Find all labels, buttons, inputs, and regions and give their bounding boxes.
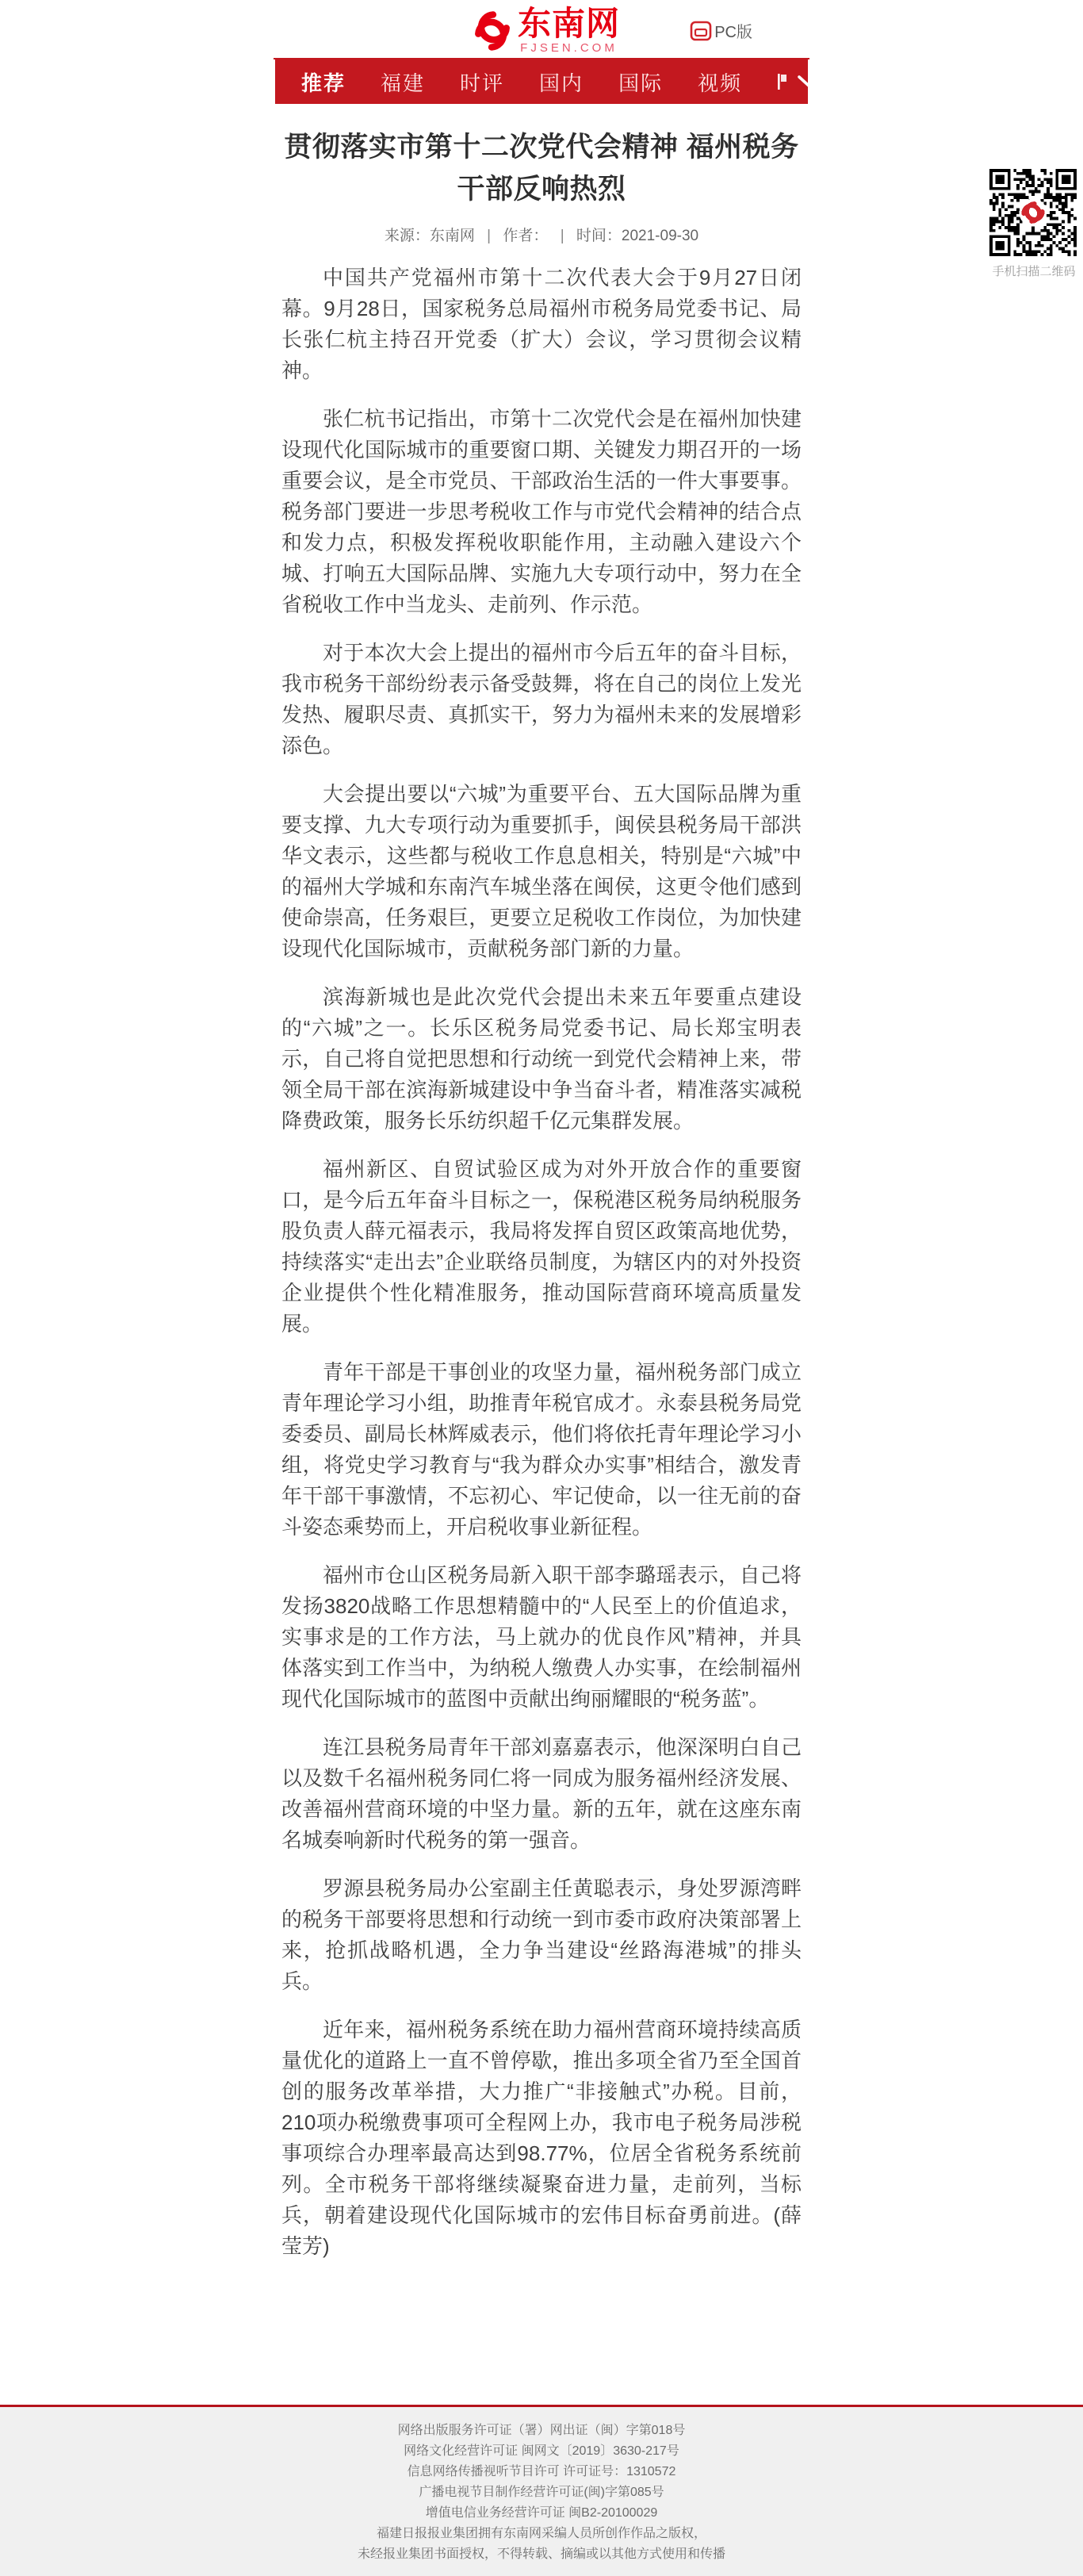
article-paragraph: 大会提出要以“六城”为重要平台、五大国际品牌为重要支撑、九大专项行动为重要抓手，… bbox=[281, 779, 802, 964]
qr-code bbox=[989, 169, 1077, 256]
site-logo[interactable]: 东南网 FJSEN.COM bbox=[470, 7, 620, 55]
meta-time: 时间：2021-09-30 bbox=[576, 228, 698, 244]
nav-expand-button[interactable] bbox=[777, 74, 821, 90]
site-footer: 网络出版服务许可证（署）网出证（闽）字第018号网络文化经营许可证 闽网文〔20… bbox=[0, 2405, 1083, 2576]
article-paragraph: 福州新区、自贸试验区成为对外开放合作的重要窗口，是今后五年奋斗目标之一，保税港区… bbox=[281, 1154, 802, 1340]
pc-version-label: PC版 bbox=[714, 19, 752, 42]
article-paragraph: 对于本次大会上提出的福州市今后五年的奋斗目标，我市税务干部纷纷表示备受鼓舞，将在… bbox=[281, 638, 802, 761]
site-header: 东南网 FJSEN.COM PC版 bbox=[0, 0, 1083, 58]
nav-item[interactable]: 时评 bbox=[460, 67, 504, 97]
article-title: 贯彻落实市第十二次党代会精神 福州税务干部反响热烈 bbox=[281, 126, 802, 210]
nav-item[interactable]: 推荐 bbox=[301, 67, 346, 97]
article-paragraph: 福州市仓山区税务局新入职干部李璐瑶表示，自己将发扬3820战略工作思想精髓中的“… bbox=[281, 1560, 802, 1715]
logo-knot-icon bbox=[470, 9, 515, 53]
meta-separator: | bbox=[487, 228, 491, 244]
footer-license-line: 网络出版服务许可证（署）网出证（闽）字第018号 bbox=[0, 2421, 1083, 2441]
article-paragraph: 滨海新城也是此次党代会提出未来五年要重点建设的“六城”之一。长乐区税务局党委书记… bbox=[281, 982, 802, 1137]
footer-license-line: 信息网络传播视听节目许可 许可证号：1310572 bbox=[0, 2462, 1083, 2482]
nav-flag-icon bbox=[777, 74, 787, 90]
article-paragraph: 青年干部是干事创业的攻坚力量，福州税务部门成立青年理论学习小组，助推青年税官成才… bbox=[281, 1357, 802, 1543]
footer-license-line: 未经报业集团书面授权，不得转载、摘编或以其他方式使用和传播 bbox=[0, 2544, 1083, 2565]
pc-version-button[interactable]: PC版 bbox=[690, 19, 752, 42]
footer-license-line: 福建日报报业集团拥有东南网采编人员所创作作品之版权， bbox=[0, 2524, 1083, 2544]
logo-text-cn: 东南网 bbox=[518, 7, 620, 40]
article-paragraph: 近年来，福州税务系统在助力福州营商环境持续高质量优化的道路上一直不曾停歇，推出多… bbox=[281, 2014, 802, 2262]
nav-item[interactable]: 视频 bbox=[698, 67, 742, 97]
qr-block: 手机扫描二维码 bbox=[989, 169, 1078, 279]
article-paragraph: 罗源县税务局办公室副主任黄聪表示，身处罗源湾畔的税务干部要将思想和行动统一到市委… bbox=[281, 1873, 802, 1997]
article-paragraph: 连江县税务局青年干部刘嘉嘉表示，他深深明白自己以及数千名福州税务同仁将一同成为服… bbox=[281, 1732, 802, 1856]
footer-license-line: 网络文化经营许可证 闽网文〔2019〕3630-217号 bbox=[0, 2441, 1083, 2462]
monitor-icon bbox=[690, 21, 712, 41]
main-nav: 推荐福建时评国内国际视频 bbox=[275, 59, 808, 104]
article-body: 中国共产党福州市第十二次代表大会于9月27日闭幕。9月28日，国家税务总局福州市… bbox=[281, 263, 802, 2262]
nav-item[interactable]: 国际 bbox=[618, 67, 663, 97]
footer-license-line: 广播电视节目制作经营许可证(闽)字第085号 bbox=[0, 2482, 1083, 2503]
nav-item[interactable]: 福建 bbox=[381, 67, 425, 97]
page-main: 东南网 FJSEN.COM PC版 推荐福建时评国内国际视频 bbox=[0, 0, 1083, 2381]
meta-source: 来源：东南网 bbox=[385, 228, 475, 244]
article: 贯彻落实市第十二次党代会精神 福州税务干部反响热烈 来源：东南网 | 作者： |… bbox=[274, 126, 809, 2262]
meta-separator: | bbox=[561, 228, 564, 244]
qr-caption: 手机扫描二维码 bbox=[989, 263, 1078, 279]
nav-items: 推荐福建时评国内国际视频 bbox=[301, 67, 777, 97]
page: 东南网 FJSEN.COM PC版 推荐福建时评国内国际视频 bbox=[0, 0, 1083, 2576]
article-paragraph: 中国共产党福州市第十二次代表大会于9月27日闭幕。9月28日，国家税务总局福州市… bbox=[281, 263, 802, 386]
meta-author: 作者： bbox=[503, 228, 548, 244]
header-divider bbox=[274, 58, 809, 59]
logo-text-en: FJSEN.COM bbox=[520, 41, 618, 55]
chevron-down-icon bbox=[797, 75, 821, 88]
footer-license-line: 增值电信业务经营许可证 闽B2-20100029 bbox=[0, 2503, 1083, 2524]
nav-item[interactable]: 国内 bbox=[539, 67, 584, 97]
article-paragraph: 张仁杭书记指出，市第十二次党代会是在福州加快建设现代化国际城市的重要窗口期、关键… bbox=[281, 404, 802, 620]
article-meta: 来源：东南网 | 作者： | 时间：2021-09-30 bbox=[281, 224, 802, 245]
